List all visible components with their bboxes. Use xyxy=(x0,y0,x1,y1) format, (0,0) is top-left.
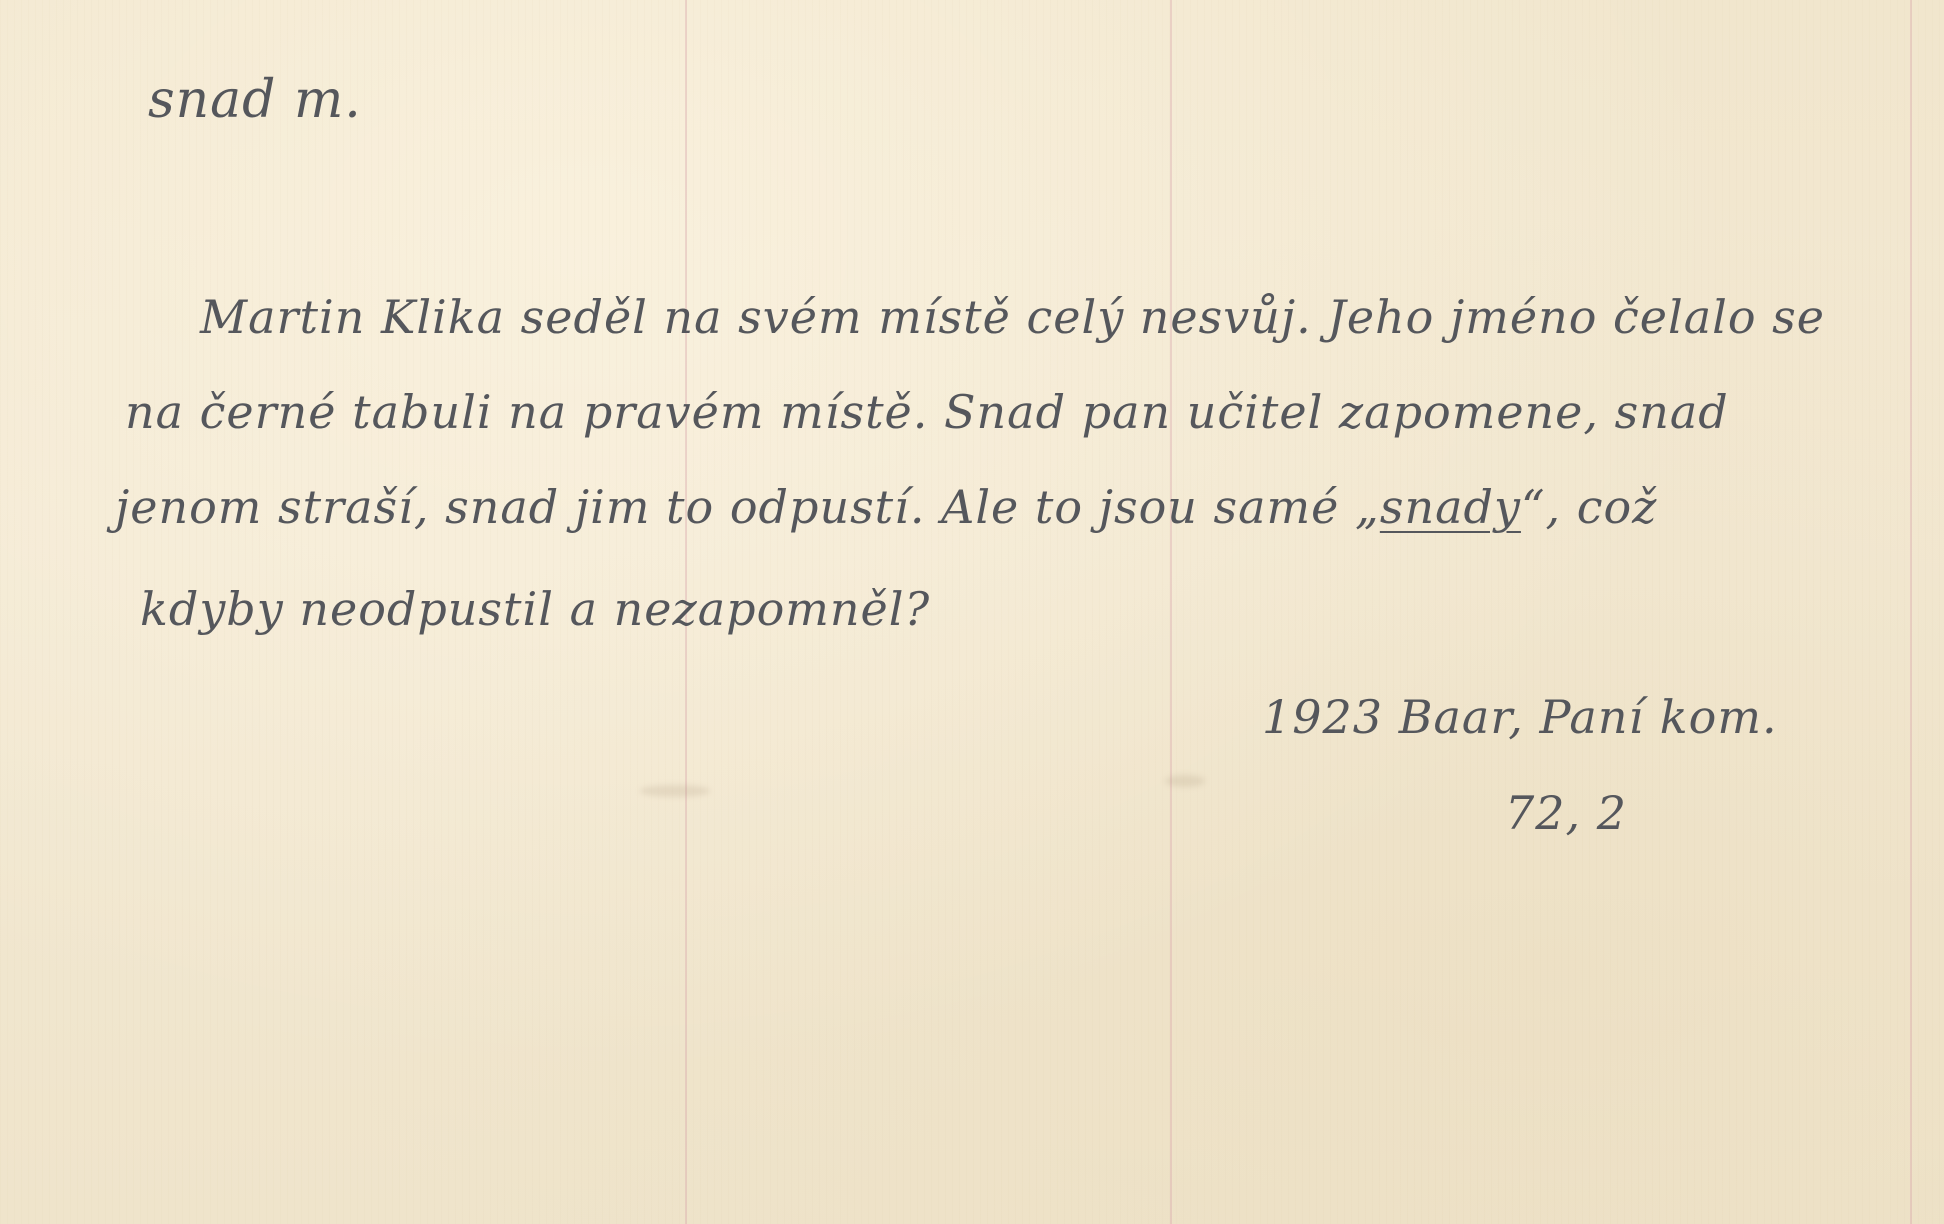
body-line-1: Martin Klika seděl na svém místě celý ne… xyxy=(200,290,1825,344)
paper-smudge xyxy=(1165,775,1205,787)
card-heading: snad m. xyxy=(148,70,362,130)
body-line-3-start: jenom straší, snad jim to odpustí. Ale t… xyxy=(115,480,1380,534)
paper-smudge xyxy=(640,785,710,797)
body-line-3-end: “, což xyxy=(1521,480,1657,534)
vertical-rule-line xyxy=(1170,0,1172,1224)
body-line-3: jenom straší, snad jim to odpustí. Ale t… xyxy=(115,480,1657,534)
source-citation: 1923 Baar, Paní kom. xyxy=(1262,690,1778,744)
body-line-4: kdyby neodpustil a nezapomněl? xyxy=(140,582,930,636)
page-reference: 72, 2 xyxy=(1505,786,1627,840)
body-line-2: na černé tabuli na pravém místě. Snad pa… xyxy=(125,385,1729,439)
underlined-keyword: snady xyxy=(1380,480,1521,534)
index-card: snad m. Martin Klika seděl na svém místě… xyxy=(0,0,1944,1224)
vertical-rule-line xyxy=(1910,0,1912,1224)
